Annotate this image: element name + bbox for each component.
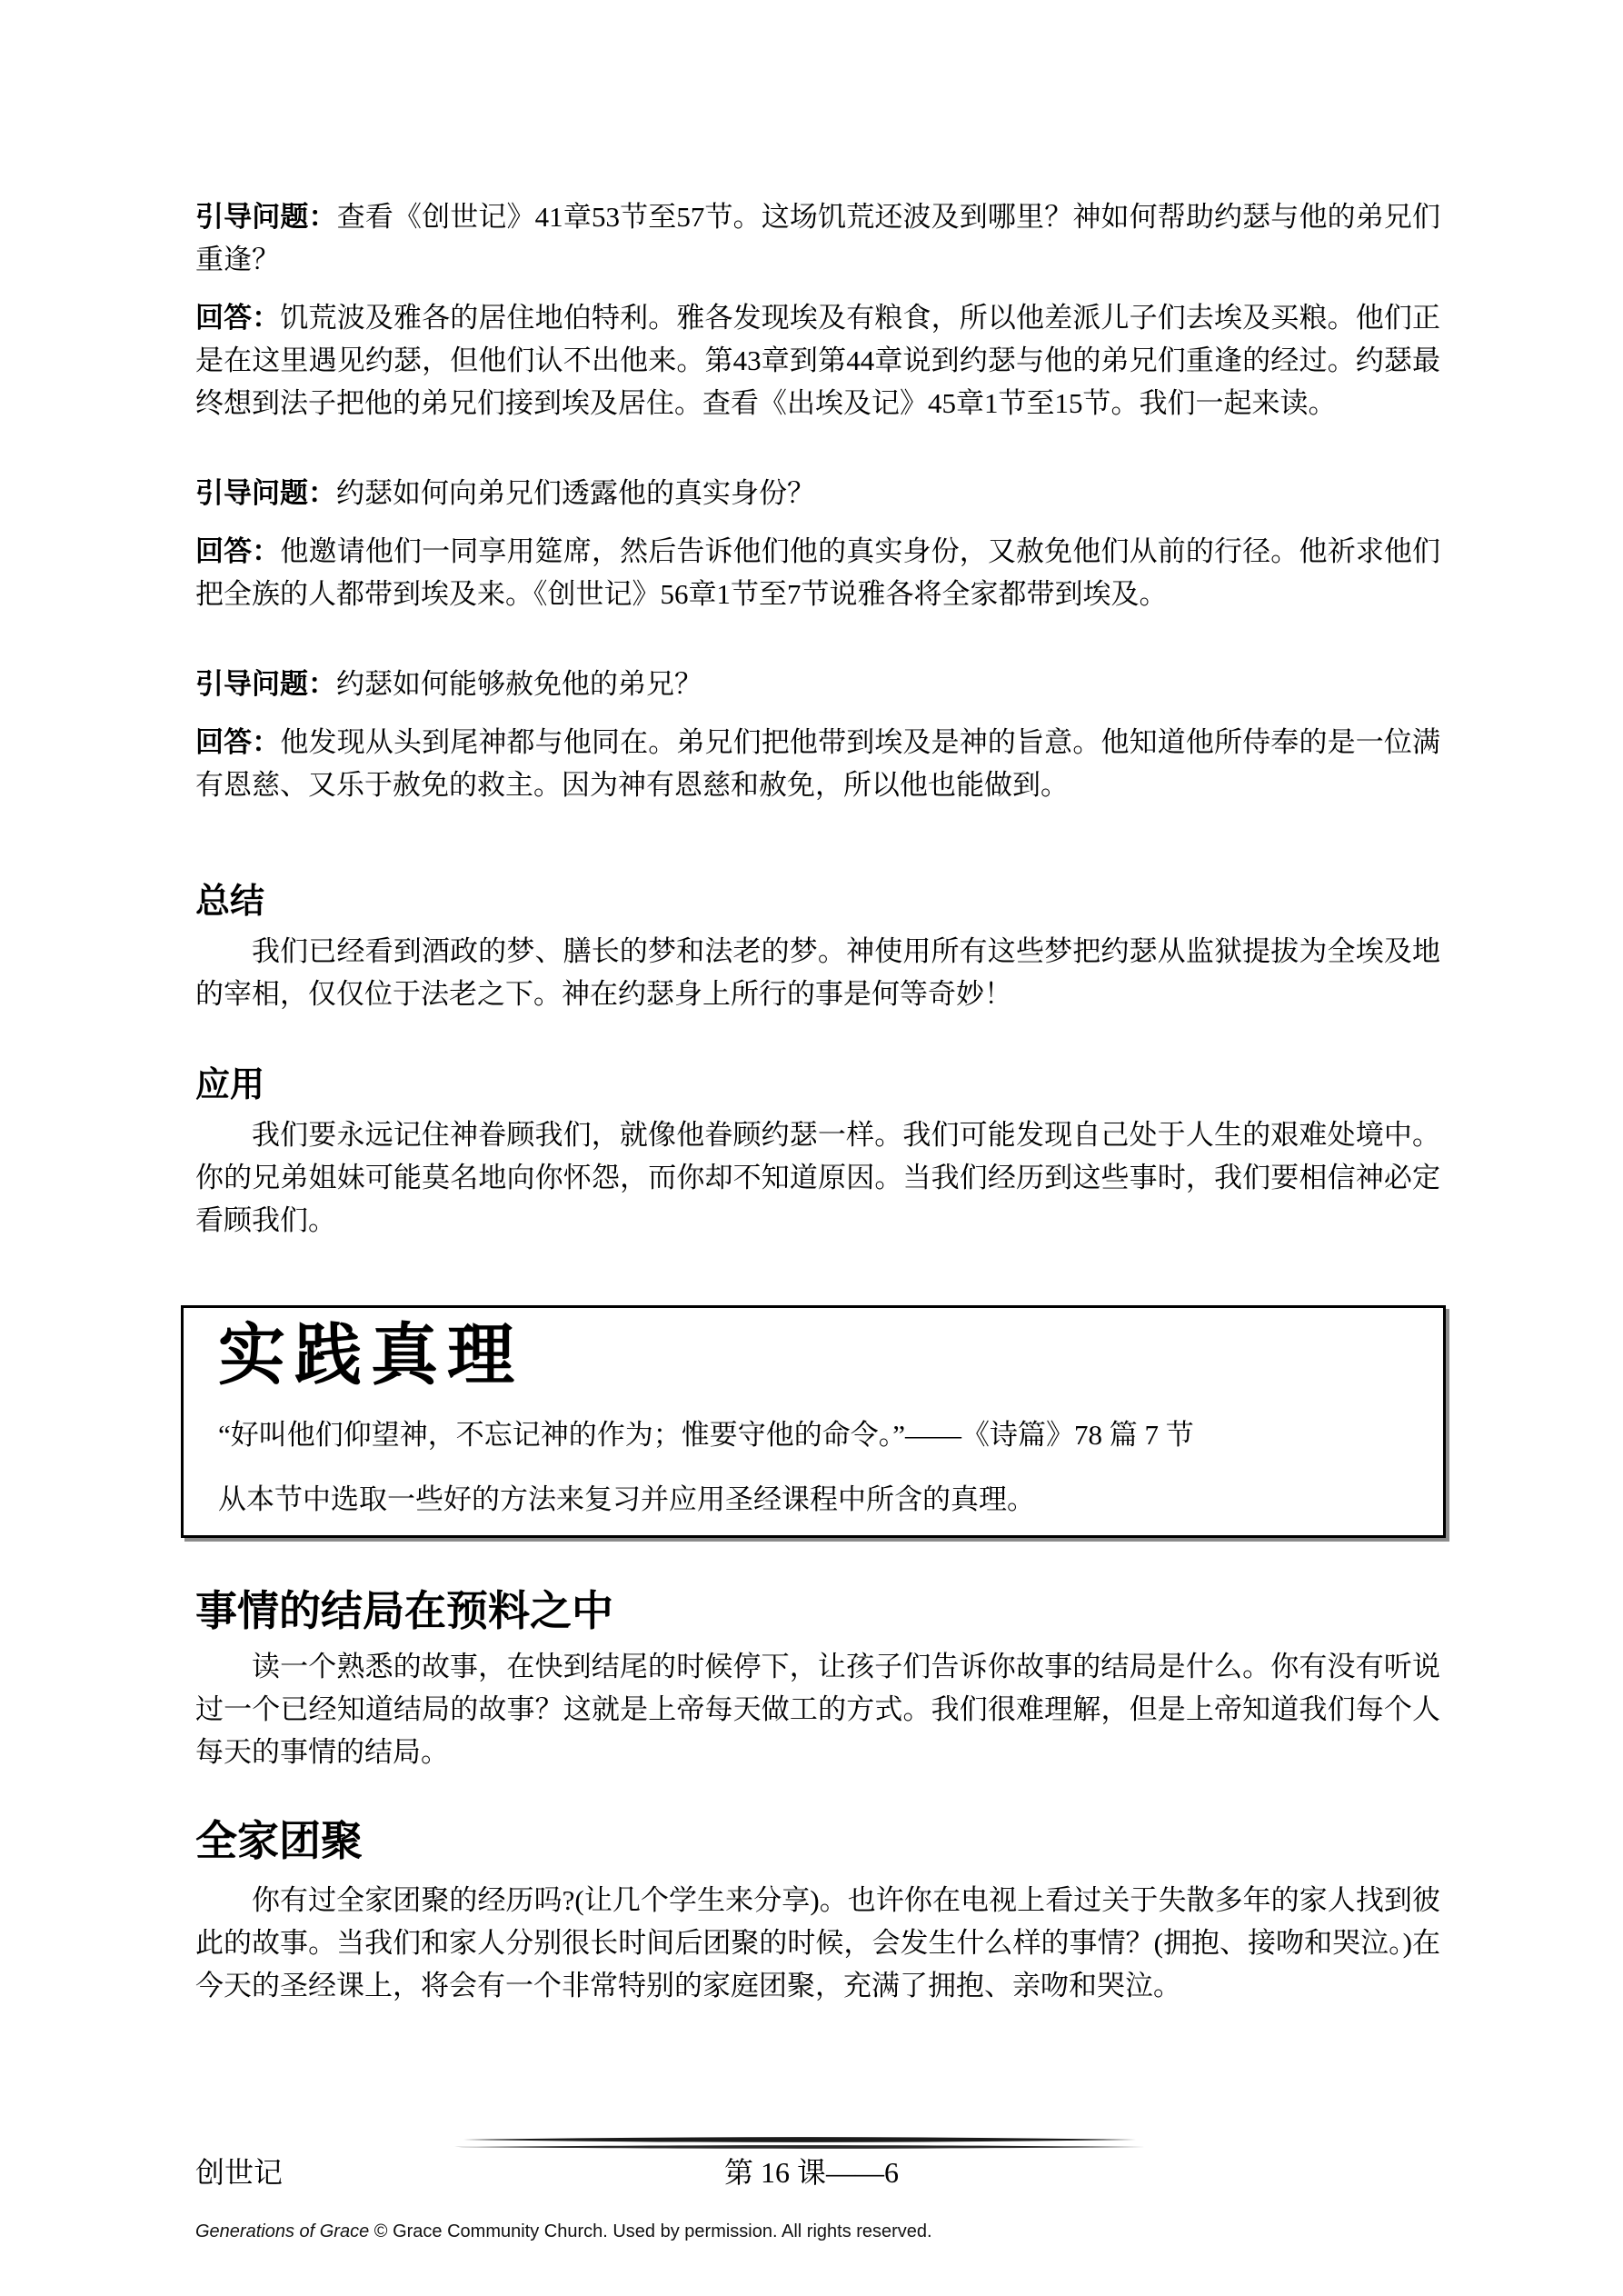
practice-truth-instruction: 从本节中选取一些好的方法来复习并应用圣经课程中所含的真理。 bbox=[218, 1478, 1407, 1521]
reunion-section-heading: 全家团聚 bbox=[195, 1815, 1440, 1866]
answer-text: 饥荒波及雅各的居住地伯特利。雅各发现埃及有粮食，所以他差派儿子们去埃及买粮。他们… bbox=[195, 302, 1440, 419]
guiding-question-text: 查看《创世记》41章53节至57节。这场饥荒还波及到哪里？神如何帮助约瑟与他的弟… bbox=[195, 201, 1440, 275]
copyright-series-title: Generations of Grace bbox=[195, 2221, 369, 2241]
document-content: 引导问题：查看《创世记》41章53节至57节。这场饥荒还波及到哪里？神如何帮助约… bbox=[195, 195, 1440, 2007]
application-heading: 应用 bbox=[195, 1064, 1440, 1106]
footer-book-title: 创世记 bbox=[195, 2152, 283, 2192]
footer-page-number: 第 16 课——6 bbox=[724, 2152, 899, 2192]
practice-truth-heading: 实践真理 bbox=[218, 1321, 1407, 1392]
answer-3: 回答：他发现从头到尾神都与他同在。弟兄们把他带到埃及是神的旨意。他知道他所侍奉的… bbox=[195, 721, 1440, 806]
answer-1: 回答：饥荒波及雅各的居住地伯特利。雅各发现埃及有粮食，所以他差派儿子们去埃及买粮… bbox=[195, 296, 1440, 424]
answer-label: 回答： bbox=[195, 726, 280, 758]
qa-group-2: 引导问题：约瑟如何向弟兄们透露他的真实身份？ 回答：他邀请他们一同享用筵席，然后… bbox=[195, 472, 1440, 615]
guiding-question-text: 约瑟如何能够赦免他的弟兄？ bbox=[336, 668, 702, 700]
answer-text: 他邀请他们一同享用筵席，然后告诉他们他的真实身份，又赦免他们从前的行径。他祈求他… bbox=[195, 535, 1440, 610]
application-paragraph: 我们要永远记住神眷顾我们，就像他眷顾约瑟一样。我们可能发现自己处于人生的艰难处境… bbox=[195, 1113, 1440, 1242]
qa-group-1: 引导问题：查看《创世记》41章53节至57节。这场饥荒还波及到哪里？神如何帮助约… bbox=[195, 195, 1440, 424]
answer-2: 回答：他邀请他们一同享用筵席，然后告诉他们他的真实身份，又赦免他们从前的行径。他… bbox=[195, 530, 1440, 615]
summary-paragraph: 我们已经看到酒政的梦、膳长的梦和法老的梦。神使用所有这些梦把约瑟从监狱提拔为全埃… bbox=[195, 930, 1440, 1015]
guiding-question-label: 引导问题： bbox=[195, 201, 337, 233]
answer-label: 回答： bbox=[195, 535, 280, 567]
divider-lines-graphic bbox=[454, 2135, 1145, 2153]
ending-section-heading: 事情的结局在预料之中 bbox=[195, 1585, 1440, 1636]
guiding-question-3: 引导问题：约瑟如何能够赦免他的弟兄？ bbox=[195, 663, 1440, 705]
summary-heading: 总结 bbox=[195, 881, 1440, 923]
ending-section-paragraph: 读一个熟悉的故事，在快到结尾的时候停下，让孩子们告诉你故事的结局是什么。你有没有… bbox=[195, 1645, 1440, 1773]
practice-truth-box: 实践真理 “好叫他们仰望神，不忘记神的作为；惟要守他的命令。”——《诗篇》78 … bbox=[181, 1305, 1446, 1538]
guiding-question-2: 引导问题：约瑟如何向弟兄们透露他的真实身份？ bbox=[195, 472, 1440, 514]
qa-group-3: 引导问题：约瑟如何能够赦免他的弟兄？ 回答：他发现从头到尾神都与他同在。弟兄们把… bbox=[195, 663, 1440, 806]
answer-label: 回答： bbox=[195, 302, 280, 334]
document-page: 引导问题：查看《创世记》41章53节至57节。这场饥荒还波及到哪里？神如何帮助约… bbox=[0, 0, 1623, 2296]
footer-copyright: Generations of Grace © Grace Community C… bbox=[195, 2220, 932, 2243]
practice-truth-verse: “好叫他们仰望神，不忘记神的作为；惟要守他的命令。”——《诗篇》78 篇 7 节 bbox=[218, 1413, 1407, 1456]
copyright-text: © Grace Community Church. Used by permis… bbox=[369, 2221, 931, 2241]
guiding-question-1: 引导问题：查看《创世记》41章53节至57节。这场饥荒还波及到哪里？神如何帮助约… bbox=[195, 195, 1440, 281]
answer-text: 他发现从头到尾神都与他同在。弟兄们把他带到埃及是神的旨意。他知道他所侍奉的是一位… bbox=[195, 726, 1440, 801]
guiding-question-text: 约瑟如何向弟兄们透露他的真实身份？ bbox=[336, 477, 815, 509]
footer-divider-ornament bbox=[454, 2135, 1145, 2153]
guiding-question-label: 引导问题： bbox=[195, 477, 336, 509]
reunion-section-paragraph: 你有过全家团聚的经历吗?(让几个学生来分享)。也许你在电视上看过关于失散多年的家… bbox=[195, 1879, 1440, 2007]
guiding-question-label: 引导问题： bbox=[195, 668, 336, 700]
